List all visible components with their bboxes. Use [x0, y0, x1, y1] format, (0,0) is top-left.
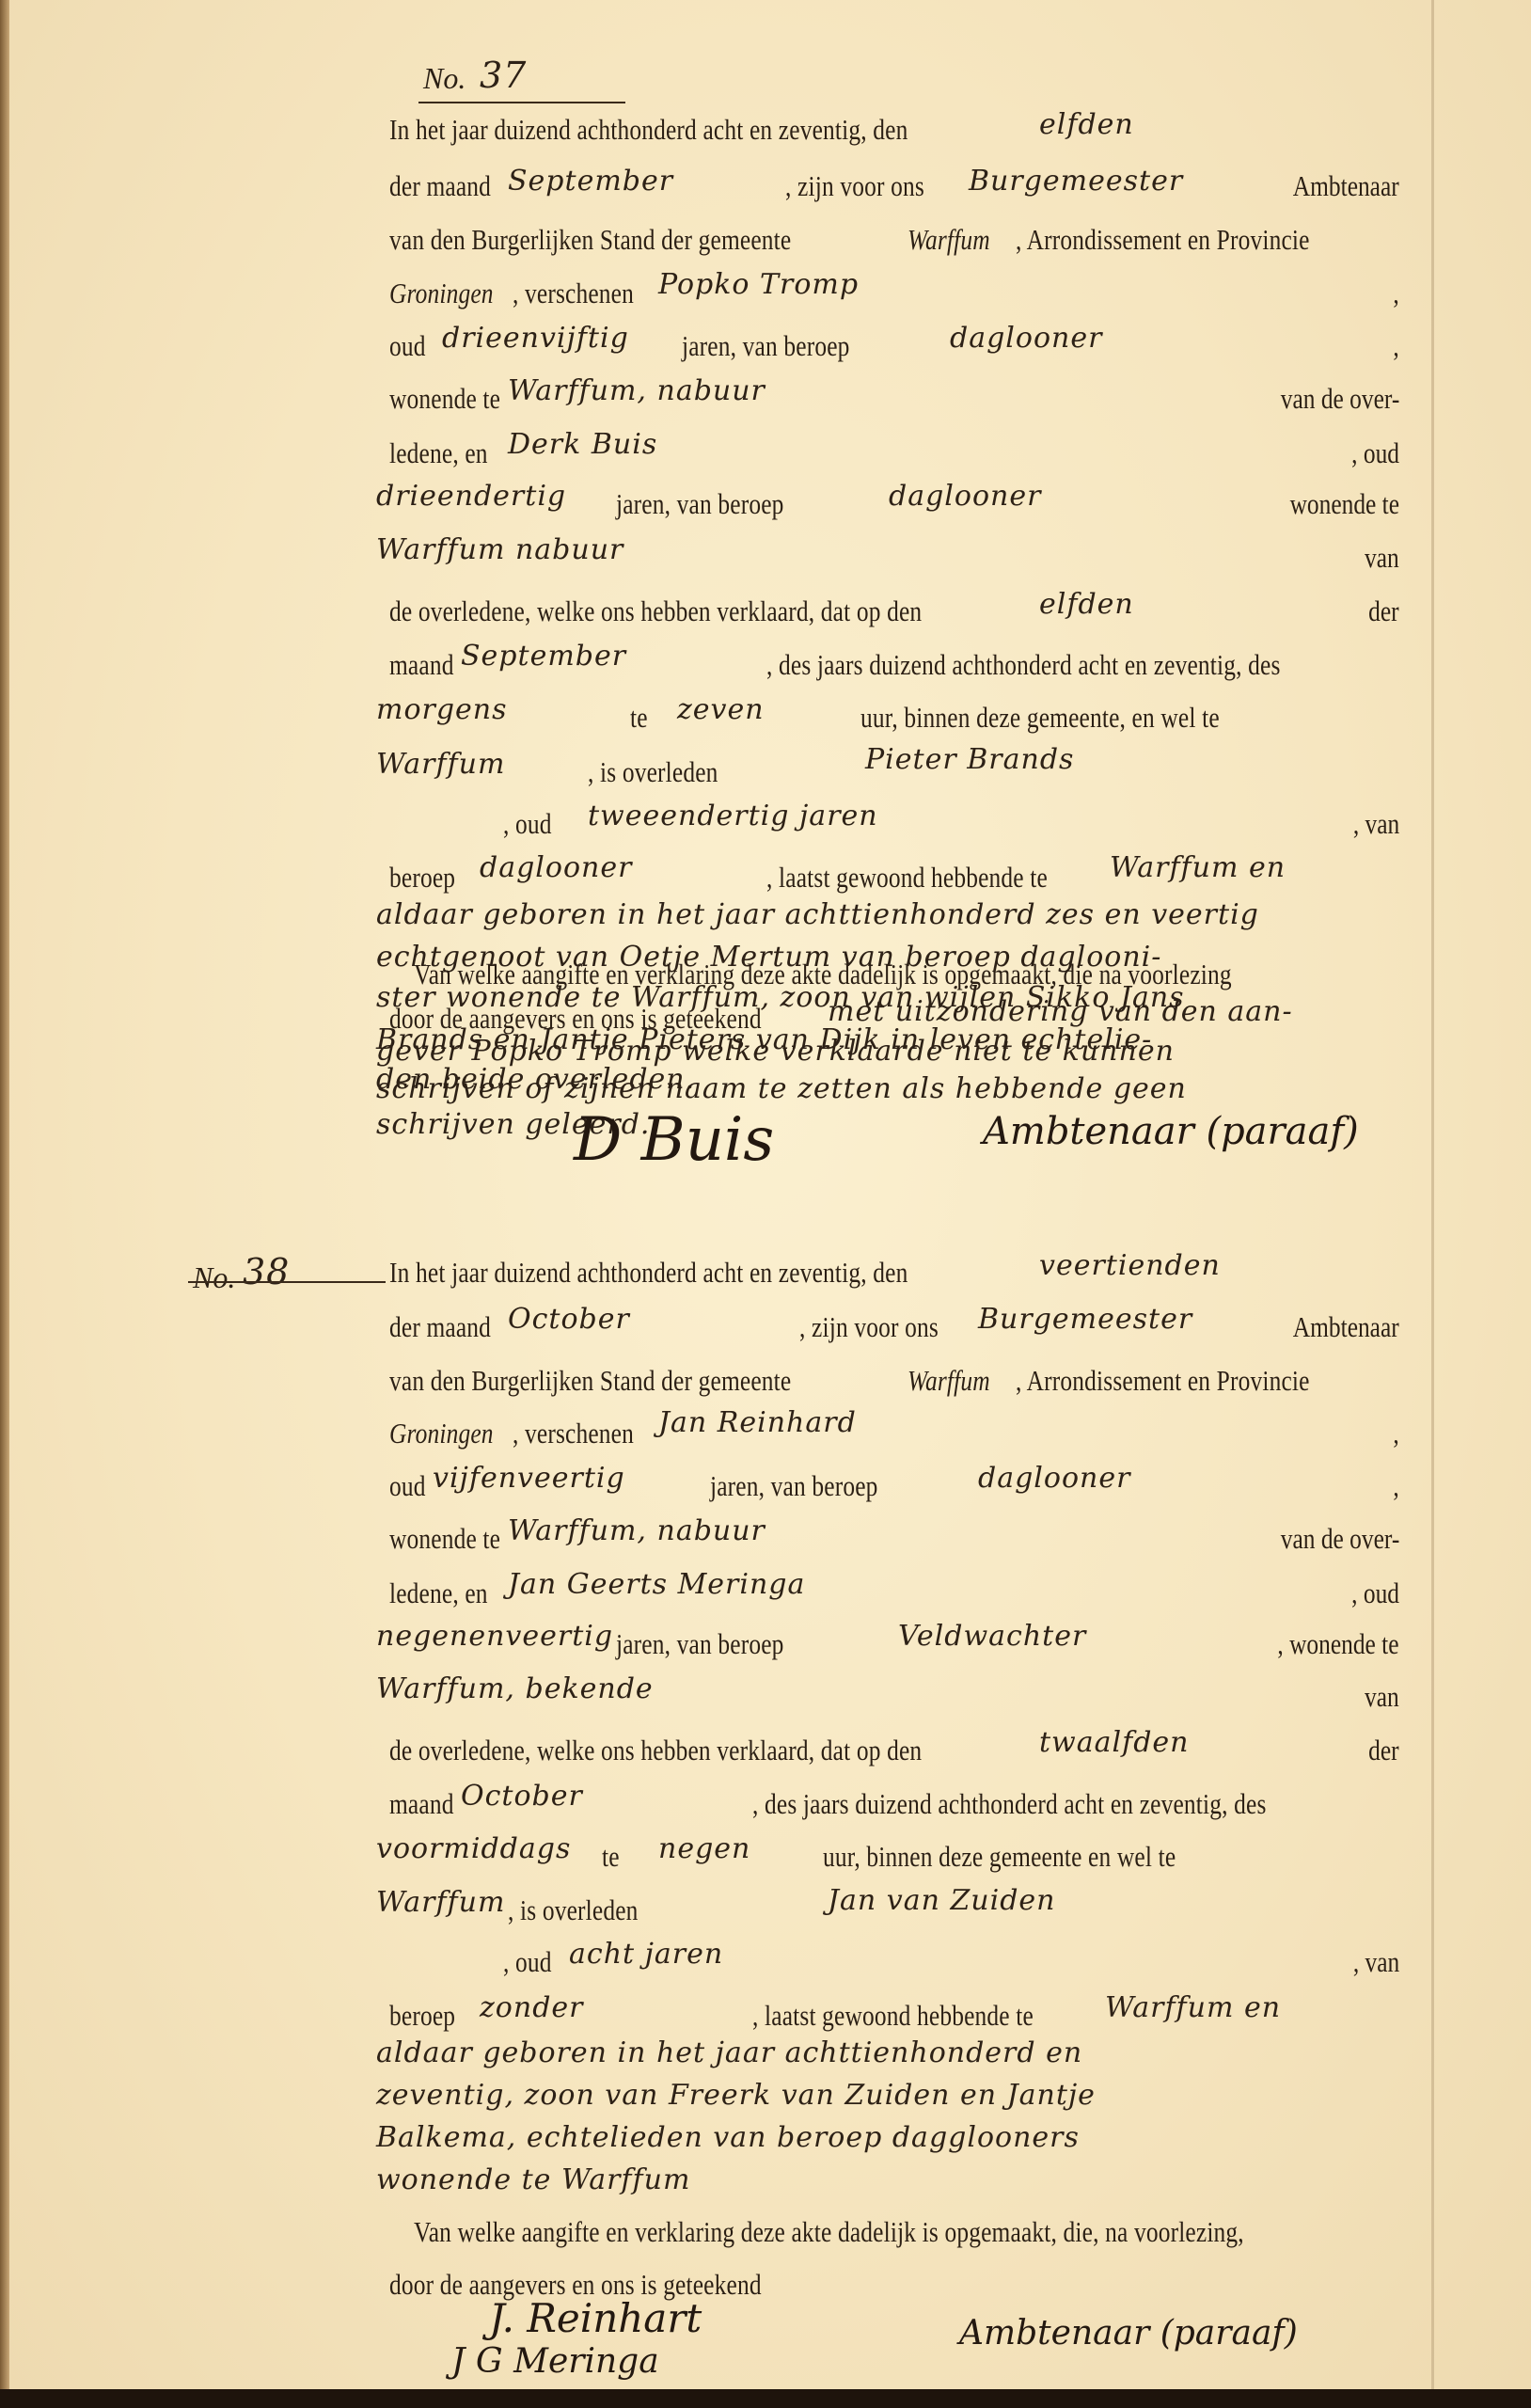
signature-official: Ambtenaar (paraaf)	[983, 1110, 1359, 1153]
printed-line: , zijn voor ons	[799, 1310, 939, 1344]
printed-line: van	[1365, 541, 1399, 575]
hw-deceased-age: tweeendertig jaren	[588, 800, 878, 832]
hw-hour: negen	[658, 1832, 750, 1865]
printed-line: der	[1369, 1734, 1399, 1767]
printed-line: wonende te	[389, 382, 500, 416]
hw-declarant-2-occupation: daglooner	[889, 480, 1041, 513]
hw-place-of-death: Warffum	[376, 748, 505, 781]
printed-line: oud	[389, 329, 426, 363]
hw-declarant-2: Jan Geerts Meringa	[508, 1568, 805, 1601]
printed-line: beroep	[389, 861, 455, 895]
printed-line: van den Burgerlijken Stand der gemeente	[389, 1364, 791, 1398]
printed-closing: Van welke aangifte en verklaring deze ak…	[414, 958, 1232, 991]
printed-line: der	[1369, 594, 1399, 628]
printed-line: , van	[1353, 1945, 1399, 1979]
printed-closing: Van welke aangifte en verklaring deze ak…	[414, 2215, 1244, 2249]
hw-deceased-name: Jan van Zuiden	[828, 1884, 1056, 1917]
act-number-label: No.	[193, 1260, 235, 1295]
hw-declarant-1-occupation: daglooner	[950, 322, 1102, 355]
hw-death-month: October	[461, 1780, 583, 1813]
act-number: 38	[243, 1251, 290, 1292]
printed-line: van	[1365, 1680, 1399, 1714]
printed-line: jaren, van beroep	[682, 329, 850, 363]
hw-day: veertienden	[1039, 1249, 1221, 1282]
printed-line: , is overleden	[588, 755, 718, 789]
hw-deceased-age: acht jaren	[569, 1938, 723, 1971]
printed-line: , verschenen	[513, 1417, 634, 1450]
printed-line: , laatst gewoond hebbende te	[752, 1999, 1034, 2033]
printed-line: uur, binnen deze gemeente en wel te	[823, 1840, 1176, 1874]
printed-province: Groningen	[389, 1417, 494, 1450]
signature-declarant: D Buis	[574, 1105, 774, 1175]
printed-line: de overledene, welke ons hebben verklaar…	[389, 1734, 922, 1767]
act-number-label: No.	[423, 61, 466, 96]
printed-line: , oud	[503, 807, 552, 841]
printed-line: der maand	[389, 1310, 491, 1344]
printed-line: van de over-	[1280, 1522, 1399, 1556]
act-number: 37	[480, 55, 527, 96]
hw-declarant-1: Popko Tromp	[658, 268, 859, 301]
printed-province: Groningen	[389, 277, 494, 310]
printed-line: oud	[389, 1469, 426, 1503]
printed-line: , oud	[503, 1945, 552, 1979]
hw-day: elfden	[1039, 108, 1134, 141]
hw-declarant-2: Derk Buis	[508, 428, 657, 461]
hw-death-day: elfden	[1039, 588, 1134, 621]
hw-declarant-2-residence: Warffum, bekende	[376, 1672, 654, 1705]
printed-line: te	[630, 701, 648, 735]
printed-line: , oud	[1351, 1576, 1399, 1610]
page-bottom-edge	[0, 2389, 1531, 2408]
printed-line: jaren, van beroep	[710, 1469, 878, 1503]
hw-month: October	[508, 1303, 630, 1336]
printed-municipality: Warffum	[908, 223, 990, 257]
printed-line: ledene, en	[389, 436, 488, 470]
hw-time-of-day: morgens	[376, 693, 508, 726]
printed-line: van den Burgerlijken Stand der gemeente	[389, 223, 791, 257]
printed-line: uur, binnen deze gemeente, en wel te	[860, 701, 1220, 735]
hw-residence-detail: aldaar geboren in het jaar achttienhonde…	[376, 2036, 1082, 2069]
hw-deceased-occupation: zonder	[480, 1991, 584, 2024]
printed-line: wonende te	[1290, 487, 1399, 521]
hw-residence-detail: Balkema, echtelieden van beroep daggloon…	[376, 2121, 1080, 2154]
signature-official: Ambtenaar (paraaf)	[959, 2314, 1298, 2353]
hw-declarant-1-residence: Warffum, nabuur	[508, 374, 765, 407]
printed-line: jaren, van beroep	[616, 487, 784, 521]
hw-place-of-death: Warffum	[376, 1886, 505, 1919]
hw-residence-detail: aldaar geboren in het jaar achttienhonde…	[376, 898, 1259, 931]
hw-signing-note: gever Popko Tromp welke verklaarde niet …	[376, 1035, 1175, 1068]
printed-line: van de over-	[1280, 382, 1399, 416]
hw-official: Burgemeester	[969, 165, 1183, 198]
page-fold	[1431, 0, 1434, 2389]
printed-municipality: Warffum	[908, 1364, 990, 1398]
printed-line: beroep	[389, 1999, 455, 2033]
hw-month: September	[508, 165, 673, 198]
printed-line: In het jaar duizend achthonderd acht en …	[389, 113, 908, 147]
printed-line: maand	[389, 648, 454, 682]
hw-declarant-1-residence: Warffum, nabuur	[508, 1514, 765, 1547]
hw-signing-note: schrijven of zijnen naam te zetten als h…	[376, 1072, 1187, 1105]
printed-closing: door de aangevers en ons is geteekend	[389, 1002, 762, 1036]
printed-line: , Arrondissement en Provincie	[1016, 1364, 1310, 1398]
printed-line: , oud	[1351, 436, 1399, 470]
printed-line: te	[602, 1840, 620, 1874]
signature-declarant-2: J G Meringa	[451, 2342, 659, 2381]
printed-line: ,	[1394, 329, 1399, 363]
printed-line: de overledene, welke ons hebben verklaar…	[389, 594, 922, 628]
hw-hour: zeven	[677, 693, 765, 726]
printed-line: , van	[1353, 807, 1399, 841]
hw-residence-detail: Warffum en	[1110, 851, 1286, 884]
printed-line: ledene, en	[389, 1576, 488, 1610]
register-page: No. 37 In het jaar duizend achthonderd a…	[0, 0, 1531, 2389]
signature-declarant-1: J. Reinhart	[489, 2295, 702, 2341]
hw-residence-detail: zeventig, zoon van Freerk van Zuiden en …	[376, 2079, 1096, 2112]
hw-residence-detail: Warffum en	[1105, 1991, 1281, 2024]
hw-declarant-1-occupation: daglooner	[978, 1462, 1130, 1495]
printed-line: ,	[1394, 1469, 1399, 1503]
page-binding-edge	[0, 0, 9, 2389]
printed-line: jaren, van beroep	[616, 1627, 784, 1661]
hw-declarant-2-occupation: Veldwachter	[898, 1620, 1086, 1653]
act-number-underline	[188, 1281, 386, 1283]
printed-line: , zijn voor ons	[785, 169, 924, 203]
printed-line: wonende te	[389, 1522, 500, 1556]
printed-line: , Arrondissement en Provincie	[1016, 223, 1310, 257]
hw-death-day: twaalfden	[1039, 1726, 1189, 1759]
act-number-underline	[418, 102, 625, 103]
printed-line: , verschenen	[513, 277, 634, 310]
hw-death-month: September	[461, 640, 626, 673]
printed-line: In het jaar duizend achthonderd acht en …	[389, 1256, 908, 1290]
hw-declarant-1: Jan Reinhard	[658, 1406, 857, 1439]
hw-deceased-name: Pieter Brands	[865, 743, 1074, 776]
printed-line: maand	[389, 1787, 454, 1821]
hw-declarant-2-age: negenenveertig	[376, 1620, 613, 1653]
hw-time-of-day: voormiddags	[376, 1832, 571, 1865]
hw-official: Burgemeester	[978, 1303, 1192, 1336]
hw-signing-note: met uitzondering van den aan-	[828, 995, 1293, 1028]
hw-declarant-1-age: drieenvijftig	[442, 322, 629, 355]
printed-line: ,	[1394, 1417, 1399, 1450]
printed-line: , des jaars duizend achthonderd acht en …	[766, 648, 1281, 682]
hw-deceased-occupation: daglooner	[480, 851, 632, 884]
hw-declarant-2-age: drieendertig	[376, 480, 566, 513]
printed-line: , is overleden	[508, 1893, 639, 1927]
printed-line: Ambtenaar	[1293, 1310, 1399, 1344]
hw-declarant-1-age: vijfenveertig	[433, 1462, 625, 1495]
hw-residence-detail: wonende te Warffum	[376, 2163, 690, 2196]
printed-line: , des jaars duizend achthonderd acht en …	[752, 1787, 1267, 1821]
printed-line: , wonende te	[1278, 1627, 1399, 1661]
printed-line: Ambtenaar	[1293, 169, 1399, 203]
printed-line: der maand	[389, 169, 491, 203]
hw-declarant-2-residence: Warffum nabuur	[376, 533, 623, 566]
printed-line: ,	[1394, 277, 1399, 310]
printed-line: , laatst gewoond hebbende te	[766, 861, 1048, 895]
